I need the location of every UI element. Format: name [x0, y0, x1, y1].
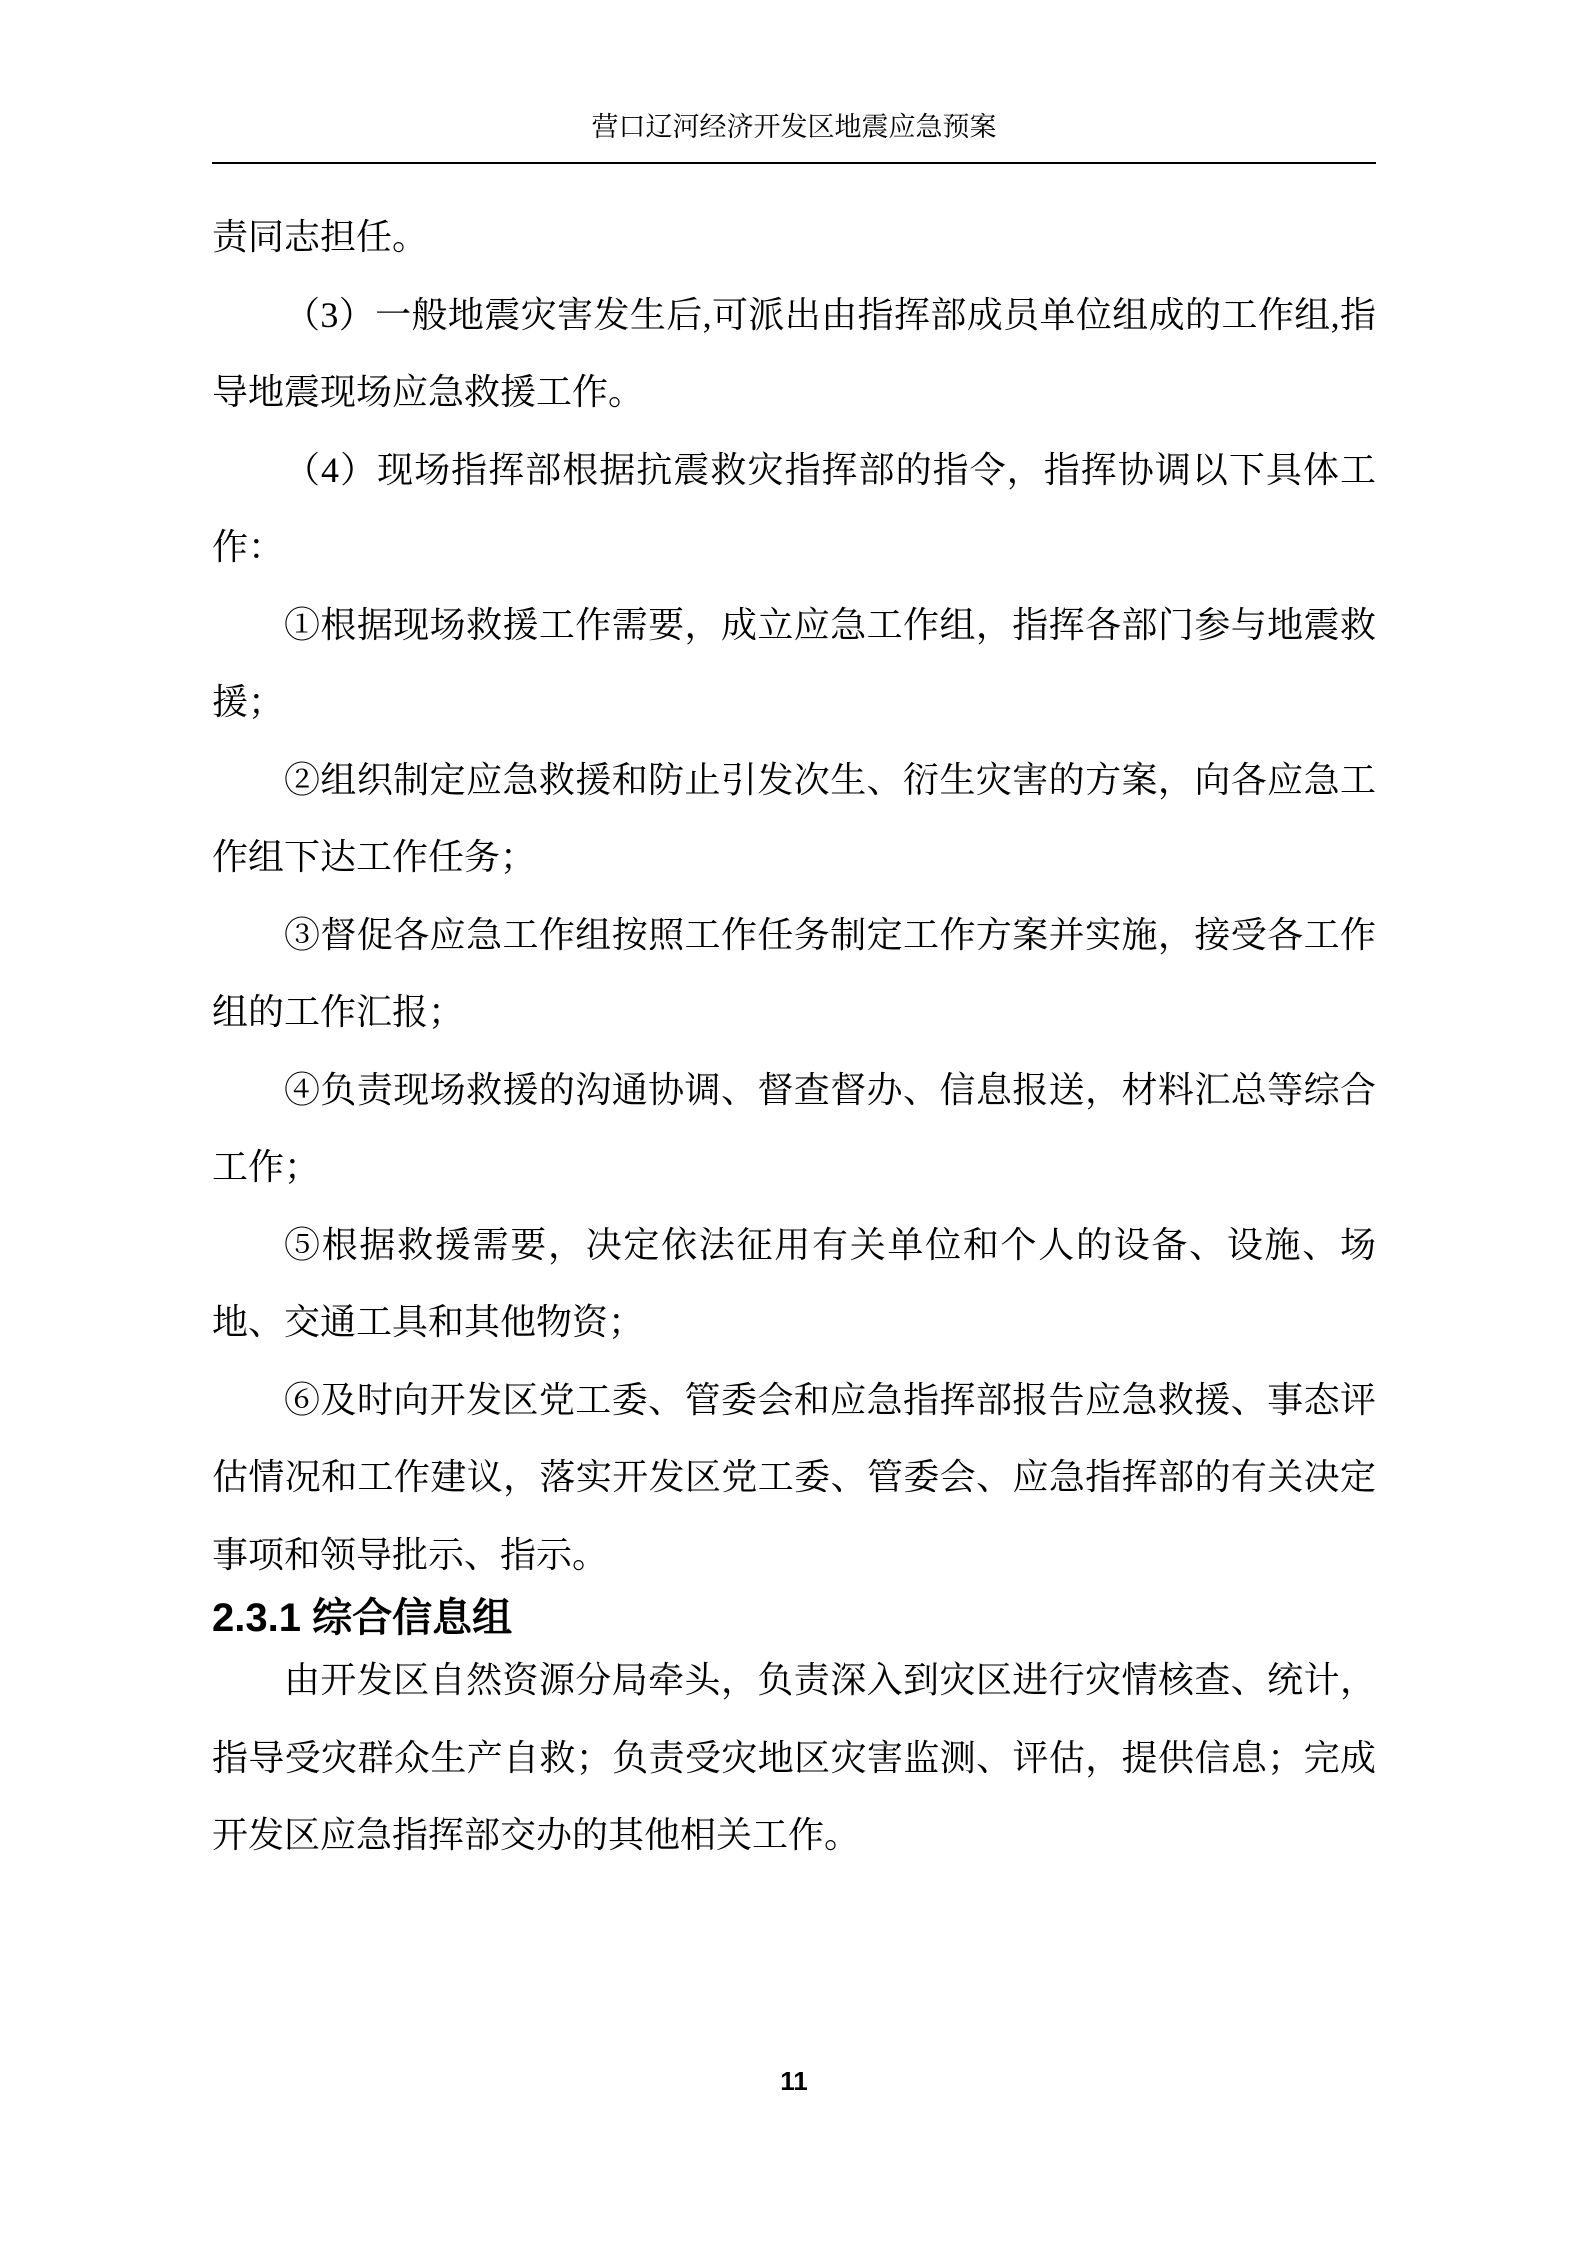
document-page: 营口辽河经济开发区地震应急预案 责同志担任。 （3）一般地震灾害发生后,可派出由…: [0, 0, 1587, 2245]
paragraph-circled-4: ④负责现场救援的沟通协调、督查督办、信息报送，材料汇总等综合工作；: [212, 1052, 1376, 1207]
page-number: 11: [780, 2066, 808, 2096]
header-rule: [212, 162, 1376, 164]
document-body: 责同志担任。 （3）一般地震灾害发生后,可派出由指挥部成员单位组成的工作组,指导…: [212, 199, 1376, 1875]
section-paragraph: 由开发区自然资源分局牵头，负责深入到灾区进行灾情核查、统计，指导受灾群众生产自救…: [212, 1642, 1376, 1875]
paragraph-circled-1: ①根据现场救援工作需要，成立应急工作组，指挥各部门参与地震救援；: [212, 587, 1376, 742]
section-heading-2-3-1: 2.3.1 综合信息组: [212, 1594, 1376, 1642]
paragraph-circled-5: ⑤根据救援需要，决定依法征用有关单位和个人的设备、设施、场地、交通工具和其他物资…: [212, 1207, 1376, 1362]
paragraph-circled-2: ②组织制定应急救援和防止引发次生、衍生灾害的方案，向各应急工作组下达工作任务；: [212, 742, 1376, 897]
page-footer: 11: [212, 2066, 1376, 2096]
paragraph-continuation: 责同志担任。: [212, 199, 1376, 277]
paragraph-item-3: （3）一般地震灾害发生后,可派出由指挥部成员单位组成的工作组,指导地震现场应急救…: [212, 277, 1376, 432]
paragraph-item-4: （4）现场指挥部根据抗震救灾指挥部的指令，指挥协调以下具体工作：: [212, 432, 1376, 587]
paragraph-circled-6: ⑥及时向开发区党工委、管委会和应急指挥部报告应急救援、事态评估情况和工作建议，落…: [212, 1362, 1376, 1595]
paragraph-circled-3: ③督促各应急工作组按照工作任务制定工作方案并实施，接受各工作组的工作汇报；: [212, 897, 1376, 1052]
page-header-title: 营口辽河经济开发区地震应急预案: [212, 110, 1376, 144]
